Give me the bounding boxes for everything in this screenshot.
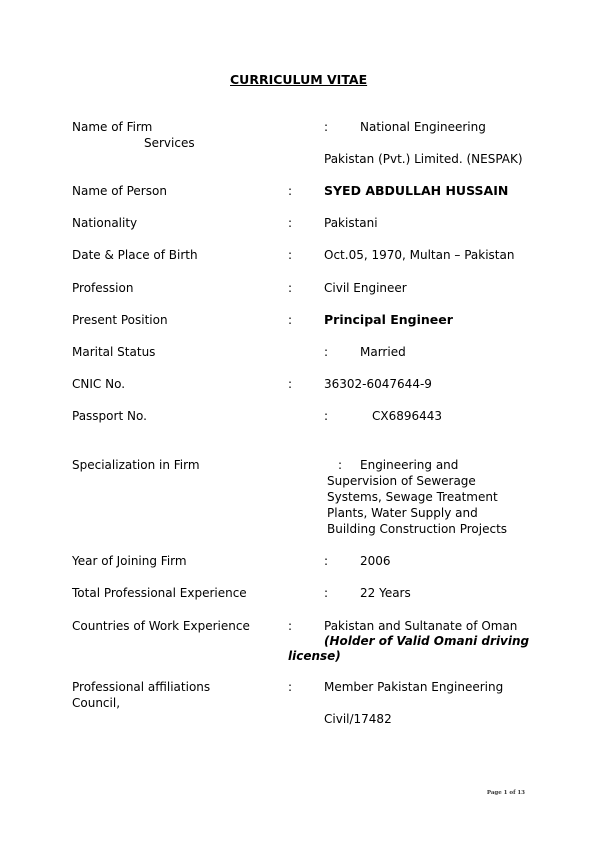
passport-separator: : <box>324 409 328 423</box>
specialization-separator: : <box>338 458 342 472</box>
firm-value-line2: Pakistan (Pvt.) Limited. (NESPAK) <box>324 152 523 166</box>
firm-value-line1: National Engineering <box>360 120 486 134</box>
nationality-value: Pakistani <box>324 216 378 230</box>
document-title: CURRICULUM VITAE <box>230 73 367 87</box>
nationality-separator: : <box>288 216 292 230</box>
cnic-value: 36302-6047644-9 <box>324 377 432 391</box>
specialization-label: Specialization in Firm <box>72 458 200 472</box>
person-value: SYED ABDULLAH HUSSAIN <box>324 184 508 198</box>
marital-value: Married <box>360 345 406 359</box>
marital-label: Marital Status <box>72 345 155 359</box>
profession-separator: : <box>288 281 292 295</box>
countries-note-line2: license) <box>288 649 341 663</box>
affiliations-separator: : <box>288 680 292 694</box>
profession-label: Profession <box>72 281 133 295</box>
specialization-line-3: Systems, Sewage Treatment <box>327 490 498 504</box>
countries-note-line1: (Holder of Valid Omani driving <box>324 634 529 648</box>
specialization-line-4: Plants, Water Supply and <box>327 506 478 520</box>
passport-value: CX6896443 <box>372 409 442 423</box>
countries-label: Countries of Work Experience <box>72 619 250 633</box>
specialization-line-2: Supervision of Sewerage <box>327 474 476 488</box>
countries-value: Pakistan and Sultanate of Oman <box>324 619 517 633</box>
countries-separator: : <box>288 619 292 633</box>
person-label: Name of Person <box>72 184 167 198</box>
position-separator: : <box>288 313 292 327</box>
marital-separator: : <box>324 345 328 359</box>
position-value: Principal Engineer <box>324 313 453 327</box>
profession-value: Civil Engineer <box>324 281 407 295</box>
affiliations-value-line2: Civil/17482 <box>324 712 392 726</box>
experience-value: 22 Years <box>360 586 411 600</box>
firm-label-cont: Services <box>144 136 195 150</box>
birth-separator: : <box>288 248 292 262</box>
cnic-label: CNIC No. <box>72 377 125 391</box>
experience-label: Total Professional Experience <box>72 586 247 600</box>
position-label: Present Position <box>72 313 168 327</box>
affiliations-label: Professional affiliations <box>72 680 210 694</box>
firm-label: Name of Firm <box>72 120 152 134</box>
experience-separator: : <box>324 586 328 600</box>
passport-label: Passport No. <box>72 409 147 423</box>
birth-label: Date & Place of Birth <box>72 248 198 262</box>
birth-value: Oct.05, 1970, Multan – Pakistan <box>324 248 514 262</box>
person-separator: : <box>288 184 292 198</box>
joining-value: 2006 <box>360 554 391 568</box>
affiliations-label-cont: Council, <box>72 696 120 710</box>
cnic-separator: : <box>288 377 292 391</box>
nationality-label: Nationality <box>72 216 137 230</box>
specialization-line-1: Engineering and <box>360 458 458 472</box>
affiliations-value-line1: Member Pakistan Engineering <box>324 680 503 694</box>
joining-label: Year of Joining Firm <box>72 554 187 568</box>
page-number: Page 1 of 13 <box>487 786 525 800</box>
specialization-line-5: Building Construction Projects <box>327 522 507 536</box>
joining-separator: : <box>324 554 328 568</box>
firm-separator: : <box>324 120 328 134</box>
